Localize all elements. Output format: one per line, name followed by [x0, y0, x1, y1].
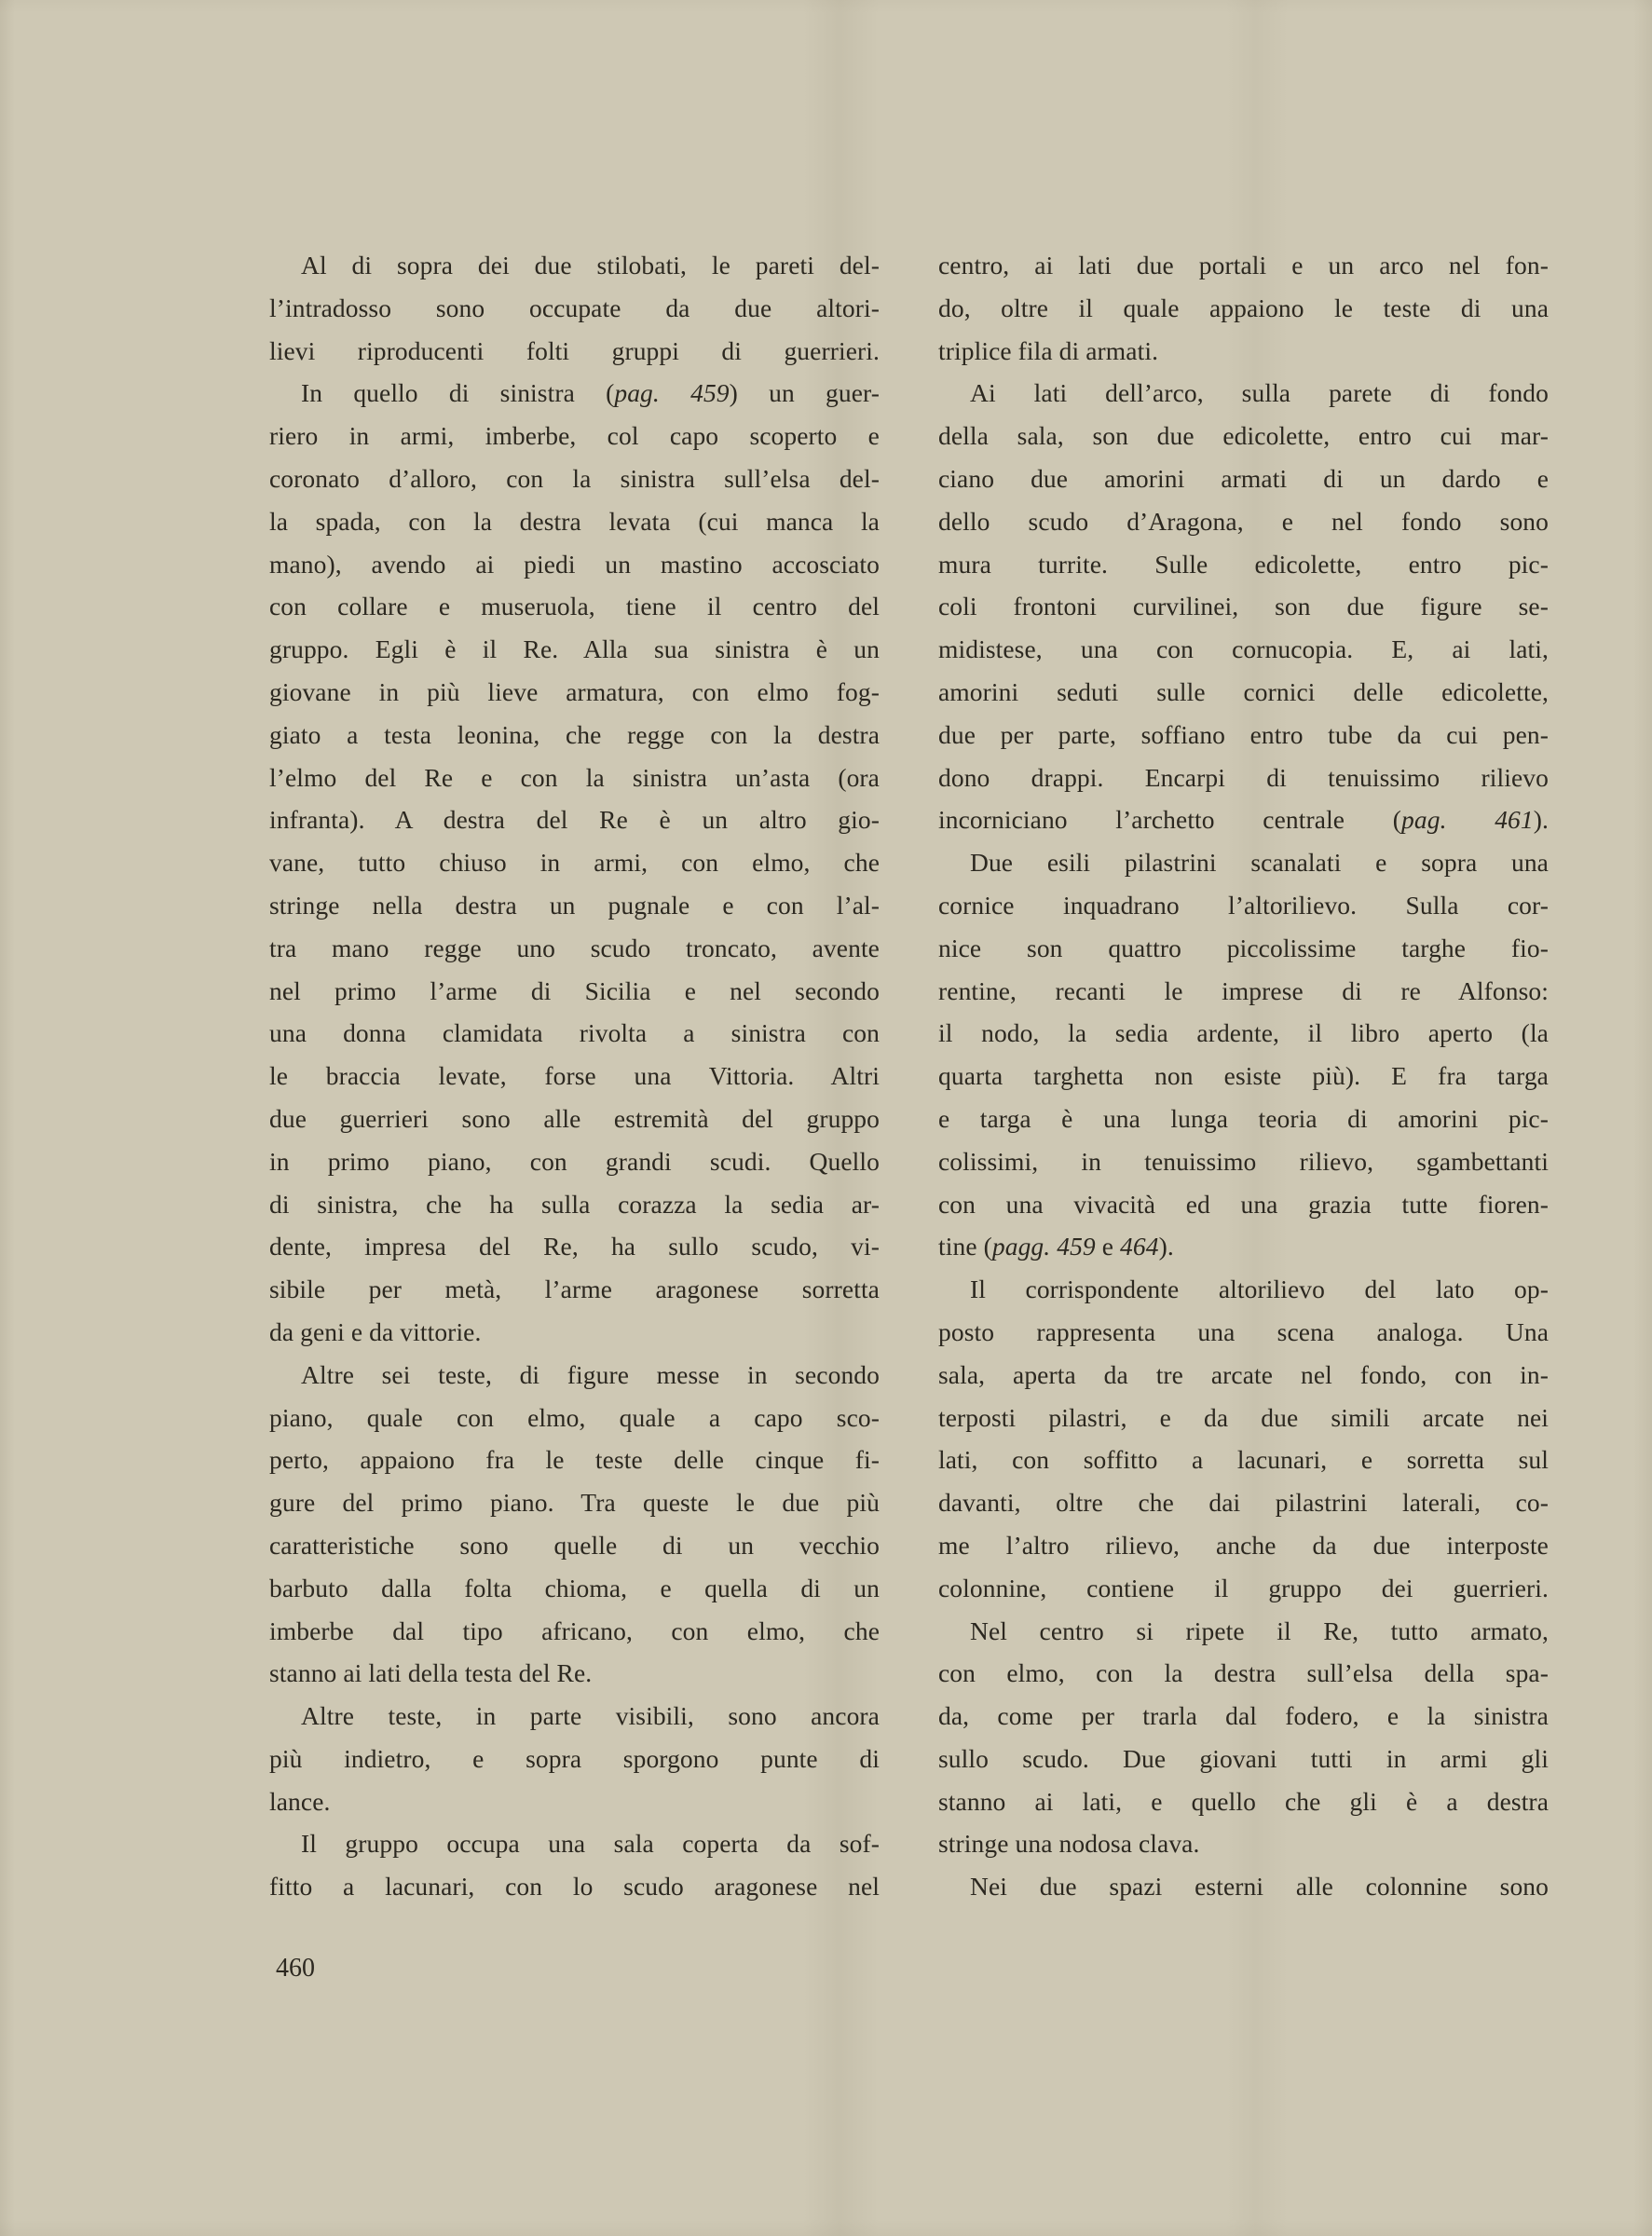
italic-page-reference: pag. 461	[1401, 805, 1534, 834]
text-segment: perto, appaiono fra le teste delle cinqu…	[269, 1445, 880, 1474]
text-segment: ciano due amorini armati di un dardo e	[938, 464, 1549, 493]
text-line: giato a testa leonina, che regge con la …	[269, 714, 880, 757]
text-segment: colonnine, contiene il gruppo dei guerri…	[938, 1574, 1549, 1602]
text-line: posto rappresenta una scena analoga. Una	[938, 1311, 1549, 1354]
text-segment: triplice fila di armati.	[938, 336, 1158, 365]
text-segment: con elmo, con la destra sull’elsa della …	[938, 1658, 1549, 1687]
text-line: do, oltre il quale appaiono le teste di …	[938, 287, 1549, 330]
text-line: l’elmo del Re e con la sinistra un’asta …	[269, 757, 880, 799]
text-line: coli frontoni curvilinei, son due figure…	[938, 585, 1549, 628]
text-line: incorniciano l’archetto centrale (pag. 4…	[938, 798, 1549, 841]
text-line: sibile per metà, l’arme aragonese sorret…	[269, 1268, 880, 1311]
text-segment: riero in armi, imberbe, col capo scopert…	[269, 421, 880, 450]
text-line: l’intradosso sono occupate da due altori…	[269, 287, 880, 330]
text-line: lance.	[269, 1780, 880, 1823]
text-segment: cornice inquadrano l’altorilievo. Sulla …	[938, 891, 1549, 920]
text-segment: terposti pilastri, e da due simili arcat…	[938, 1403, 1549, 1432]
text-segment: In quello di sinistra (	[301, 378, 614, 407]
text-line: della sala, son due edicolette, entro cu…	[938, 415, 1549, 457]
text-line: infranta). A destra del Re è un altro gi…	[269, 798, 880, 841]
text-line: giovane in più lieve armatura, con elmo …	[269, 671, 880, 714]
text-line: centro, ai lati due portali e un arco ne…	[938, 244, 1549, 287]
text-segment: imberbe dal tipo africano, con elmo, che	[269, 1616, 880, 1645]
text-segment: tra mano regge uno scudo troncato, avent…	[269, 934, 880, 962]
text-segment: mano), avendo ai piedi un mastino accosc…	[269, 550, 880, 579]
text-line: ciano due amorini armati di un dardo e	[938, 457, 1549, 500]
text-segment: amorini seduti sulle cornici delle edico…	[938, 677, 1549, 706]
text-line: riero in armi, imberbe, col capo scopert…	[269, 415, 880, 457]
text-segment: dente, impresa del Re, ha sullo scudo, v…	[269, 1232, 880, 1261]
text-line: davanti, oltre che dai pilastrini latera…	[938, 1481, 1549, 1524]
text-line: con collare e museruola, tiene il centro…	[269, 585, 880, 628]
text-segment: vane, tutto chiuso in armi, con elmo, ch…	[269, 848, 880, 877]
text-segment: Altre sei teste, di figure messe in seco…	[301, 1360, 880, 1389]
text-line: gure del primo piano. Tra queste le due …	[269, 1481, 880, 1524]
text-line: stanno ai lati, e quello che gli è a des…	[938, 1780, 1549, 1823]
text-line: Nei due spazi esterni alle colonnine son…	[938, 1865, 1549, 1908]
text-segment: quarta targhetta non esiste più). E fra …	[938, 1061, 1549, 1090]
book-page: Al di sopra dei due stilobati, le pareti…	[0, 0, 1652, 2236]
text-segment: più indietro, e sopra sporgono punte di	[269, 1744, 880, 1773]
text-line: In quello di sinistra (pag. 459) un guer…	[269, 372, 880, 415]
text-segment: Nei due spazi esterni alle colonnine son…	[970, 1872, 1549, 1901]
text-segment: lance.	[269, 1787, 330, 1816]
text-line: quarta targhetta non esiste più). E fra …	[938, 1055, 1549, 1098]
text-segment: l’intradosso sono occupate da due altori…	[269, 293, 880, 322]
text-line: barbuto dalla folta chioma, e quella di …	[269, 1567, 880, 1610]
text-line: tra mano regge uno scudo troncato, avent…	[269, 927, 880, 970]
text-line: mano), avendo ai piedi un mastino accosc…	[269, 543, 880, 586]
text-line: fitto a lacunari, con lo scudo aragonese…	[269, 1865, 880, 1908]
text-segment: il nodo, la sedia ardente, il libro aper…	[938, 1018, 1549, 1047]
text-segment: rentine, recanti le imprese di re Alfons…	[938, 976, 1549, 1005]
text-line: cornice inquadrano l’altorilievo. Sulla …	[938, 884, 1549, 927]
text-segment: coli frontoni curvilinei, son due figure…	[938, 592, 1549, 620]
text-segment: da, come per trarla dal fodero, e la sin…	[938, 1701, 1549, 1730]
text-segment: stringe una nodosa clava.	[938, 1829, 1199, 1858]
text-line: e targa è una lunga teoria di amorini pi…	[938, 1098, 1549, 1140]
text-segment: Il gruppo occupa una sala coperta da sof…	[301, 1829, 880, 1858]
text-line: le braccia levate, forse una Vittoria. A…	[269, 1055, 880, 1098]
text-segment: caratteristiche sono quelle di un vecchi…	[269, 1531, 880, 1560]
text-line: stringe una nodosa clava.	[938, 1822, 1549, 1865]
text-segment: ).	[1159, 1232, 1174, 1261]
text-line: me l’altro rilievo, anche da due interpo…	[938, 1524, 1549, 1567]
text-segment: stanno ai lati della testa del Re.	[269, 1658, 592, 1687]
text-segment: infranta). A destra del Re è un altro gi…	[269, 805, 880, 834]
text-segment: Altre teste, in parte visibili, sono anc…	[301, 1701, 880, 1730]
text-line: stanno ai lati della testa del Re.	[269, 1652, 880, 1695]
text-segment: Nel centro si ripete il Re, tutto armato…	[970, 1616, 1549, 1645]
text-segment: da geni e da vittorie.	[269, 1317, 481, 1346]
text-segment: gure del primo piano. Tra queste le due …	[269, 1488, 880, 1517]
text-segment: sullo scudo. Due giovani tutti in armi g…	[938, 1744, 1549, 1773]
text-line: Il gruppo occupa una sala coperta da sof…	[269, 1822, 880, 1865]
text-line: caratteristiche sono quelle di un vecchi…	[269, 1524, 880, 1567]
text-line: piano, quale con elmo, quale a capo sco-	[269, 1397, 880, 1439]
text-line: tine (pagg. 459 e 464).	[938, 1225, 1549, 1268]
text-line: colissimi, in tenuissimo rilievo, sgambe…	[938, 1140, 1549, 1183]
text-segment: me l’altro rilievo, anche da due interpo…	[938, 1531, 1549, 1560]
text-segment: stanno ai lati, e quello che gli è a des…	[938, 1787, 1549, 1816]
text-line: dono drappi. Encarpi di tenuissimo rilie…	[938, 757, 1549, 799]
text-line: terposti pilastri, e da due simili arcat…	[938, 1397, 1549, 1439]
text-line: di sinistra, che ha sulla corazza la sed…	[269, 1183, 880, 1226]
text-segment: della sala, son due edicolette, entro cu…	[938, 421, 1549, 450]
text-segment: e	[1096, 1232, 1120, 1261]
text-line: in primo piano, con grandi scudi. Quello	[269, 1140, 880, 1183]
text-segment: nel primo l’arme di Sicilia e nel second…	[269, 976, 880, 1005]
text-segment: lati, con soffitto a lacunari, e sorrett…	[938, 1445, 1549, 1474]
text-segment: due per parte, soffiano entro tube da cu…	[938, 720, 1549, 749]
text-segment: midistese, una con cornucopia. E, ai lat…	[938, 634, 1549, 663]
italic-page-reference: pagg. 459	[992, 1232, 1096, 1261]
text-segment: lievi riproducenti folti gruppi di guerr…	[269, 336, 880, 365]
text-segment: giato a testa leonina, che regge con la …	[269, 720, 880, 749]
text-line: dello scudo d’Aragona, e nel fondo sono	[938, 500, 1549, 543]
text-segment: due guerrieri sono alle estremità del gr…	[269, 1104, 880, 1133]
text-line: nice son quattro piccolissime targhe fio…	[938, 927, 1549, 970]
text-line: vane, tutto chiuso in armi, con elmo, ch…	[269, 841, 880, 884]
text-line: amorini seduti sulle cornici delle edico…	[938, 671, 1549, 714]
text-segment: Al di sopra dei due stilobati, le pareti…	[301, 251, 880, 279]
text-segment: e targa è una lunga teoria di amorini pi…	[938, 1104, 1549, 1133]
text-segment: fitto a lacunari, con lo scudo aragonese…	[269, 1872, 880, 1901]
text-segment: Due esili pilastrini scanalati e sopra u…	[970, 848, 1549, 877]
text-line: Altre teste, in parte visibili, sono anc…	[269, 1695, 880, 1738]
text-column-right: centro, ai lati due portali e un arco ne…	[938, 244, 1549, 1908]
text-segment: posto rappresenta una scena analoga. Una	[938, 1317, 1549, 1346]
text-line: gruppo. Egli è il Re. Alla sua sinistra …	[269, 628, 880, 671]
text-line: Altre sei teste, di figure messe in seco…	[269, 1354, 880, 1397]
text-segment: con una vivacità ed una grazia tutte fio…	[938, 1190, 1549, 1219]
text-line: midistese, una con cornucopia. E, ai lat…	[938, 628, 1549, 671]
text-segment: le braccia levate, forse una Vittoria. A…	[269, 1061, 880, 1090]
text-line: Al di sopra dei due stilobati, le pareti…	[269, 244, 880, 287]
text-line: lievi riproducenti folti gruppi di guerr…	[269, 330, 880, 373]
text-column-left: Al di sopra dei due stilobati, le pareti…	[269, 244, 880, 1908]
text-segment: stringe nella destra un pugnale e con l’…	[269, 891, 880, 920]
text-line: rentine, recanti le imprese di re Alfons…	[938, 970, 1549, 1013]
text-line: triplice fila di armati.	[938, 330, 1549, 373]
text-segment: incorniciano l’archetto centrale (	[938, 805, 1401, 834]
text-segment: barbuto dalla folta chioma, e quella di …	[269, 1574, 880, 1602]
text-segment: coronato d’alloro, con la sinistra sull’…	[269, 464, 880, 493]
text-segment: con collare e museruola, tiene il centro…	[269, 592, 880, 620]
text-segment: tine (	[938, 1232, 992, 1261]
text-segment: do, oltre il quale appaiono le teste di …	[938, 293, 1549, 322]
text-line: Nel centro si ripete il Re, tutto armato…	[938, 1610, 1549, 1653]
italic-page-reference: pag. 459	[614, 378, 729, 407]
text-line: Ai lati dell’arco, sulla parete di fondo	[938, 372, 1549, 415]
text-segment: sala, aperta da tre arcate nel fondo, co…	[938, 1360, 1549, 1389]
text-line: perto, appaiono fra le teste delle cinqu…	[269, 1438, 880, 1481]
text-segment: l’elmo del Re e con la sinistra un’asta …	[269, 763, 880, 792]
text-line: dente, impresa del Re, ha sullo scudo, v…	[269, 1225, 880, 1268]
italic-page-reference: 464	[1120, 1232, 1159, 1261]
text-segment: mura turrite. Sulle edicolette, entro pi…	[938, 550, 1549, 579]
text-line: sala, aperta da tre arcate nel fondo, co…	[938, 1354, 1549, 1397]
text-segment: Il corrispondente altorilievo del lato o…	[970, 1275, 1549, 1303]
text-line: la spada, con la destra levata (cui manc…	[269, 500, 880, 543]
text-line: Il corrispondente altorilievo del lato o…	[938, 1268, 1549, 1311]
text-line: due per parte, soffiano entro tube da cu…	[938, 714, 1549, 757]
text-segment: piano, quale con elmo, quale a capo sco-	[269, 1403, 880, 1432]
text-segment: gruppo. Egli è il Re. Alla sua sinistra …	[269, 634, 880, 663]
text-line: con una vivacità ed una grazia tutte fio…	[938, 1183, 1549, 1226]
text-line: Due esili pilastrini scanalati e sopra u…	[938, 841, 1549, 884]
text-segment: sibile per metà, l’arme aragonese sorret…	[269, 1275, 880, 1303]
text-line: colonnine, contiene il gruppo dei guerri…	[938, 1567, 1549, 1610]
text-line: una donna clamidata rivolta a sinistra c…	[269, 1012, 880, 1055]
text-segment: di sinistra, che ha sulla corazza la sed…	[269, 1190, 880, 1219]
page-number: 460	[276, 1953, 315, 1984]
text-segment: centro, ai lati due portali e un arco ne…	[938, 251, 1549, 279]
text-segment: colissimi, in tenuissimo rilievo, sgambe…	[938, 1147, 1549, 1176]
text-segment: una donna clamidata rivolta a sinistra c…	[269, 1018, 880, 1047]
text-line: mura turrite. Sulle edicolette, entro pi…	[938, 543, 1549, 586]
text-line: imberbe dal tipo africano, con elmo, che	[269, 1610, 880, 1653]
text-segment: davanti, oltre che dai pilastrini latera…	[938, 1488, 1549, 1517]
text-line: nel primo l’arme di Sicilia e nel second…	[269, 970, 880, 1013]
text-line: con elmo, con la destra sull’elsa della …	[938, 1652, 1549, 1695]
text-segment: ) un guer-	[730, 378, 880, 407]
text-segment: in primo piano, con grandi scudi. Quello	[269, 1147, 880, 1176]
text-line: lati, con soffitto a lacunari, e sorrett…	[938, 1438, 1549, 1481]
text-segment: dello scudo d’Aragona, e nel fondo sono	[938, 507, 1549, 536]
text-segment: nice son quattro piccolissime targhe fio…	[938, 934, 1549, 962]
text-line: da geni e da vittorie.	[269, 1311, 880, 1354]
text-segment: giovane in più lieve armatura, con elmo …	[269, 677, 880, 706]
text-line: coronato d’alloro, con la sinistra sull’…	[269, 457, 880, 500]
text-line: da, come per trarla dal fodero, e la sin…	[938, 1695, 1549, 1738]
text-line: il nodo, la sedia ardente, il libro aper…	[938, 1012, 1549, 1055]
text-line: più indietro, e sopra sporgono punte di	[269, 1738, 880, 1780]
text-line: due guerrieri sono alle estremità del gr…	[269, 1098, 880, 1140]
text-segment: la spada, con la destra levata (cui manc…	[269, 507, 880, 536]
text-line: sullo scudo. Due giovani tutti in armi g…	[938, 1738, 1549, 1780]
text-segment: dono drappi. Encarpi di tenuissimo rilie…	[938, 763, 1549, 792]
text-line: stringe nella destra un pugnale e con l’…	[269, 884, 880, 927]
text-segment: ).	[1534, 805, 1549, 834]
text-segment: Ai lati dell’arco, sulla parete di fondo	[970, 378, 1549, 407]
